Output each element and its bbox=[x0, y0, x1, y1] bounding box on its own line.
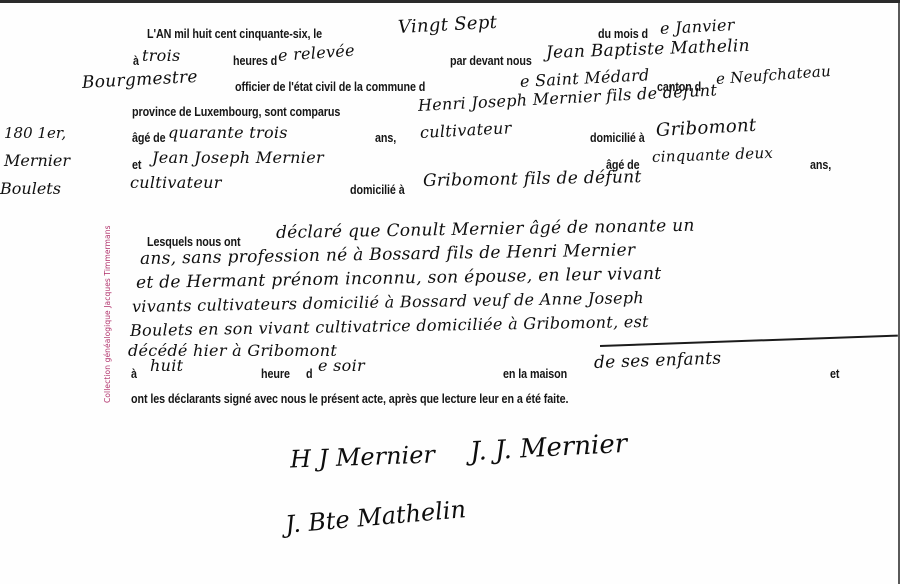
margin-note-second-name: Boulets bbox=[0, 179, 61, 198]
collection-watermark: Collection généalogique Jacques Timmerma… bbox=[103, 225, 112, 403]
printed-years-label-2: ans, bbox=[810, 158, 831, 172]
handwritten-officer-title: Bourgmestre bbox=[81, 67, 198, 93]
closing-line-stroke bbox=[600, 335, 898, 347]
handwritten-hour: trois bbox=[142, 46, 181, 65]
printed-year-line: L'AN mil huit cent cinquante-six, le bbox=[147, 27, 322, 41]
margin-note-number: 180 1er, bbox=[4, 124, 66, 142]
printed-domicile-label-1: domicilié à bbox=[590, 131, 645, 145]
signature-h-j-mernier: H J Mernier bbox=[290, 440, 436, 473]
handwritten-declaration-line-4: vivants cultivateurs domicilié à Bossard… bbox=[132, 288, 644, 316]
handwritten-declarant1-age: quarante trois bbox=[168, 123, 288, 142]
printed-hour-label: heure bbox=[261, 367, 290, 381]
handwritten-period: e relevée bbox=[277, 41, 355, 65]
document-page: 180 1er, Mernier Boulets Collection géné… bbox=[0, 3, 898, 584]
handwritten-month: e Janvier bbox=[660, 15, 736, 38]
printed-age-label-1: âgé de bbox=[132, 131, 166, 145]
handwritten-declarant1-home: Gribomont bbox=[655, 115, 756, 141]
printed-domicile-label-2: domicilié à bbox=[350, 183, 405, 197]
printed-years-label-1: ans, bbox=[375, 131, 396, 145]
printed-before-us: par devant nous bbox=[450, 54, 532, 68]
printed-officer-line: officier de l'état civil de la commune d bbox=[235, 80, 425, 94]
handwritten-declaration-line-5: Boulets en son vivant cultivatrice domic… bbox=[130, 312, 649, 340]
printed-house-label: en la maison bbox=[503, 367, 567, 381]
handwritten-declarant2-age: cinquante deux bbox=[652, 144, 774, 166]
handwritten-declarant1-job: cultivateur bbox=[420, 118, 513, 142]
printed-and-2: et bbox=[830, 367, 839, 381]
signature-j-j-mernier: J. J. Mernier bbox=[469, 429, 628, 467]
handwritten-death-hour: huit bbox=[150, 356, 183, 375]
printed-a-2: à bbox=[131, 367, 137, 381]
handwritten-declarant2: Jean Joseph Mernier bbox=[152, 148, 324, 167]
signature-officer-mathelin: J. Bte Mathelin bbox=[284, 495, 467, 539]
handwritten-house: de ses enfants bbox=[594, 349, 722, 373]
printed-d: d bbox=[306, 367, 312, 381]
margin-note-surname: Mernier bbox=[4, 151, 70, 170]
handwritten-declarant2-home: Gribomont fils de défunt bbox=[423, 167, 642, 191]
printed-closing-statement: ont les déclarants signé avec nous le pr… bbox=[131, 392, 568, 406]
handwritten-canton: e Neufchateau bbox=[715, 62, 831, 88]
handwritten-death-period: e soir bbox=[318, 356, 365, 375]
printed-a: à bbox=[133, 54, 139, 68]
printed-and: et bbox=[132, 158, 141, 172]
handwritten-officer-name: Jean Baptiste Mathelin bbox=[546, 36, 751, 63]
printed-hours-label: heures d bbox=[233, 54, 277, 68]
handwritten-day: Vingt Sept bbox=[397, 12, 497, 38]
handwritten-declarant2-job: cultivateur bbox=[130, 173, 222, 192]
printed-province-line: province de Luxembourg, sont comparus bbox=[132, 105, 340, 119]
handwritten-declaration-line-1: déclaré que Conult Mernier âgé de nonant… bbox=[276, 216, 695, 243]
